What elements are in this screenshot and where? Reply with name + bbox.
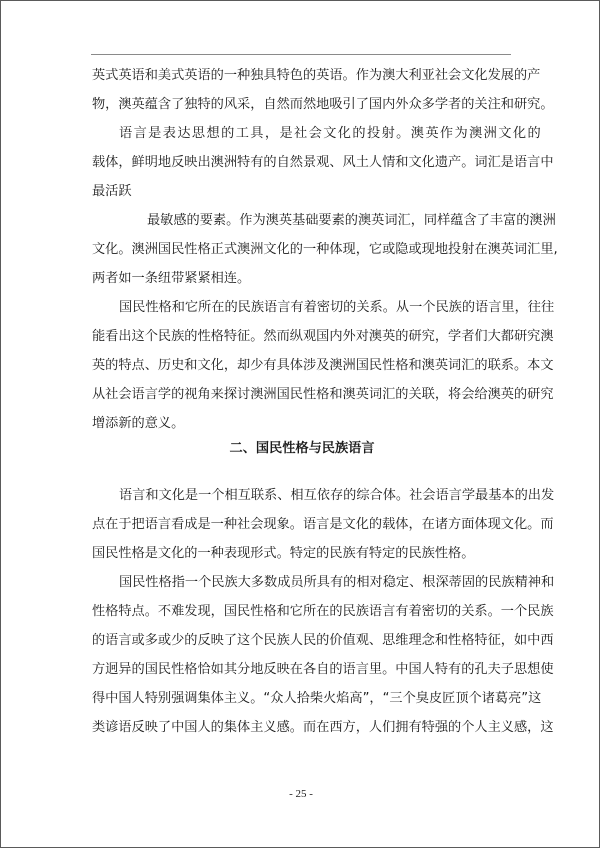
text-line: 的语言或多或少的反映了这个民族人民的价值观、思维理念和性格特征，如中西	[92, 626, 512, 655]
document-page: 英式英语和美式英语的一种独具特色的英语。作为澳大利亚社会文化发展的产 物，澳英蕴…	[0, 0, 600, 848]
text-line: 最敏感的要素。作为澳英基础要素的澳英词汇，同样蕴含了丰富的澳洲	[92, 206, 512, 235]
text-line: 文化。澳洲国民性格正式澳洲文化的一种体现，它或隐或现地投射在澳英词汇里,	[92, 235, 512, 264]
text-line: 方迥异的国民性格恰如其分地反映在各自的语言里。中国人特有的孔夫子思想使	[92, 655, 512, 684]
text-line: 语言和文化是一个相互联系、相互依存的综合体。社会语言学最基本的出发	[92, 481, 512, 510]
text-line: 能看出这个民族的性格特征。然而纵观国内外对澳英的研究，学者们大都研究澳	[92, 322, 512, 351]
text-line: 国民性格指一个民族大多数成员所具有的相对稳定、根深蒂固的民族精神和	[92, 568, 512, 597]
text-line: 从社会语言学的视角来探讨澳洲国民性格和澳英词汇的关联，将会给澳英的研究	[92, 380, 512, 409]
text-line: 性格特点。不难发现，国民性格和它所在的民族语言有着密切的关系。一个民族	[92, 597, 512, 626]
text-line: 最活跃	[92, 177, 512, 206]
text-line: 英的特点、历史和文化，却少有具体涉及澳洲国民性格和澳英词汇的联系。本文	[92, 351, 512, 380]
text-line: 国民性格是文化的一种表现形式。特定的民族有特定的民族性格。	[92, 539, 512, 568]
spacer	[92, 467, 512, 481]
text-line: 两者如一条纽带紧紧相连。	[92, 264, 512, 293]
text-line: 英式英语和美式英语的一种独具特色的英语。作为澳大利亚社会文化发展的产	[92, 61, 512, 90]
body-text: 英式英语和美式英语的一种独具特色的英语。作为澳大利亚社会文化发展的产 物，澳英蕴…	[92, 61, 512, 742]
header-rule	[91, 54, 511, 55]
text-line: 点在于把语言看成是一种社会现象。语言是文化的载体，在诸方面体现文化。而	[92, 510, 512, 539]
text-line: 物，澳英蕴含了独特的风采，自然而然地吸引了国内外众多学者的关注和研究。	[92, 90, 512, 119]
text-line: 国民性格和它所在的民族语言有着密切的关系。从一个民族的语言里，往往	[92, 293, 512, 322]
text-line: 类谚语反映了中国人的集体主义感。而在西方，人们拥有特强的个人主义感，这	[92, 713, 512, 742]
page-number: - 25 -	[1, 788, 600, 800]
text-line: 增添新的意义。	[92, 409, 512, 438]
text-line: 语言是表达思想的工具，是社会文化的投射。澳英作为澳洲文化的	[92, 119, 512, 148]
text-line: 载体，鲜明地反映出澳洲特有的自然景观、风土人情和文化遗产。词汇是语言中	[92, 148, 512, 177]
text-line: 得中国人特别强调集体主义。“众人拾柴火焰高”，“三个臭皮匠顶个诸葛亮”这	[92, 684, 512, 713]
section-heading: 二、国民性格与民族语言	[92, 438, 512, 467]
